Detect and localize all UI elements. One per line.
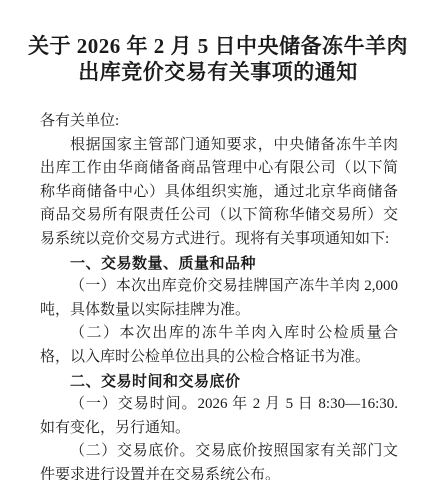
section-1-item-1: （一）本次出库竞价交易挂牌国产冻牛羊肉 2,000 吨，具体数量以实际挂牌为准。 xyxy=(40,275,398,322)
intro-paragraph: 根据国家主管部门通知要求，中央储备冻牛羊肉出库工作由华商储备商品管理中心有限公司… xyxy=(40,134,398,252)
document-body: 各有关单位: 根据国家主管部门通知要求，中央储备冻牛羊肉出库工作由华商储备商品管… xyxy=(40,110,398,480)
section-2-item-2: （二）交易底价。交易底价按照国家有关部门文件要求进行设置并在交易系统公布。 xyxy=(40,440,398,480)
document-title: 关于 2026 年 2 月 5 日中央储备冻牛羊肉 出库竞价交易有关事项的通知 xyxy=(28,33,408,85)
section-2-heading: 二、交易时间和交易底价 xyxy=(40,370,398,394)
notice-document-page: 关于 2026 年 2 月 5 日中央储备冻牛羊肉 出库竞价交易有关事项的通知 … xyxy=(0,0,436,480)
section-2-item-1: （一）交易时间。2026 年 2 月 5 日 8:30—16:30. 如有变化，… xyxy=(40,393,398,440)
title-line-1: 关于 2026 年 2 月 5 日中央储备冻牛羊肉 xyxy=(28,34,408,58)
section-1-heading: 一、交易数量、质量和品种 xyxy=(40,252,398,276)
section-1-item-2: （二）本次出库的冻牛羊肉入库时公检质量合格，以入库时公检单位出具的公检合格证书为… xyxy=(40,322,398,369)
title-line-2: 出库竞价交易有关事项的通知 xyxy=(78,60,358,84)
salutation: 各有关单位: xyxy=(40,110,398,134)
